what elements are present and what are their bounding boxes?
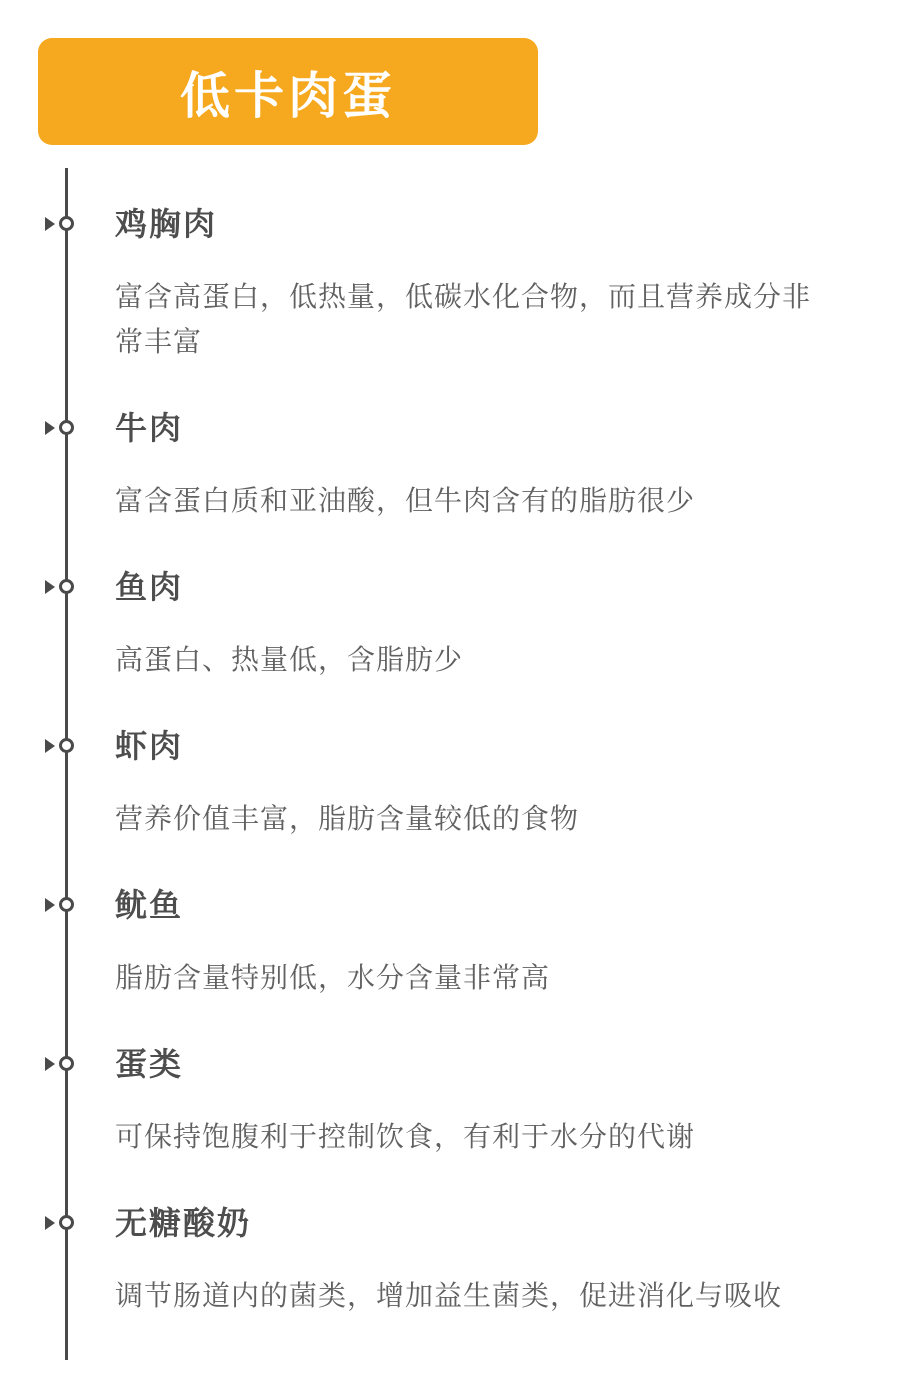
item-description: 富含蛋白质和亚油酸，但牛肉含有的脂肪很少	[115, 478, 835, 523]
timeline-item: 牛肉 富含蛋白质和亚油酸，但牛肉含有的脂肪很少	[0, 408, 924, 523]
timeline-item: 鱼肉 高蛋白、热量低，含脂肪少	[0, 567, 924, 682]
infographic-page: { "header": { "title": "低卡肉蛋", "bg_color…	[0, 0, 924, 1398]
arrow-right-icon	[45, 217, 55, 231]
timeline-item: 虾肉 营养价值丰富，脂肪含量较低的食物	[0, 726, 924, 841]
item-title: 鱿鱼	[115, 885, 884, 925]
timeline-item: 无糖酸奶 调节肠道内的菌类，增加益生菌类，促进消化与吸收	[0, 1203, 924, 1318]
item-description: 高蛋白、热量低，含脂肪少	[115, 637, 835, 682]
timeline-marker	[45, 414, 85, 442]
node-circle-icon	[59, 579, 74, 594]
item-description: 调节肠道内的菌类，增加益生菌类，促进消化与吸收	[115, 1273, 835, 1318]
page-title: 低卡肉蛋	[180, 56, 396, 128]
item-title: 鸡胸肉	[115, 204, 884, 244]
timeline-item: 鱿鱼 脂肪含量特别低，水分含量非常高	[0, 885, 924, 1000]
item-title: 鱼肉	[115, 567, 884, 607]
item-description: 可保持饱腹利于控制饮食，有利于水分的代谢	[115, 1114, 835, 1159]
node-circle-icon	[59, 420, 74, 435]
item-title: 无糖酸奶	[115, 1203, 884, 1243]
arrow-right-icon	[45, 580, 55, 594]
arrow-right-icon	[45, 421, 55, 435]
header-banner: 低卡肉蛋	[38, 38, 538, 145]
arrow-right-icon	[45, 1216, 55, 1230]
timeline-marker	[45, 210, 85, 238]
timeline: 鸡胸肉 富含高蛋白，低热量，低碳水化合物，而且营养成分非常丰富 牛肉 富含蛋白质…	[0, 168, 924, 1360]
timeline-marker	[45, 573, 85, 601]
item-title: 蛋类	[115, 1044, 884, 1084]
item-title: 虾肉	[115, 726, 884, 766]
node-circle-icon	[59, 1215, 74, 1230]
arrow-right-icon	[45, 739, 55, 753]
timeline-item: 蛋类 可保持饱腹利于控制饮食，有利于水分的代谢	[0, 1044, 924, 1159]
node-circle-icon	[59, 216, 74, 231]
timeline-marker	[45, 891, 85, 919]
timeline-marker	[45, 1050, 85, 1078]
item-description: 富含高蛋白，低热量，低碳水化合物，而且营养成分非常丰富	[115, 274, 835, 364]
timeline-items: 鸡胸肉 富含高蛋白，低热量，低碳水化合物，而且营养成分非常丰富 牛肉 富含蛋白质…	[0, 168, 924, 1318]
timeline-marker	[45, 732, 85, 760]
item-title: 牛肉	[115, 408, 884, 448]
timeline-item: 鸡胸肉 富含高蛋白，低热量，低碳水化合物，而且营养成分非常丰富	[0, 204, 924, 364]
item-description: 营养价值丰富，脂肪含量较低的食物	[115, 796, 835, 841]
timeline-marker	[45, 1209, 85, 1237]
node-circle-icon	[59, 738, 74, 753]
item-description: 脂肪含量特别低，水分含量非常高	[115, 955, 835, 1000]
arrow-right-icon	[45, 1057, 55, 1071]
node-circle-icon	[59, 1056, 74, 1071]
arrow-right-icon	[45, 898, 55, 912]
node-circle-icon	[59, 897, 74, 912]
